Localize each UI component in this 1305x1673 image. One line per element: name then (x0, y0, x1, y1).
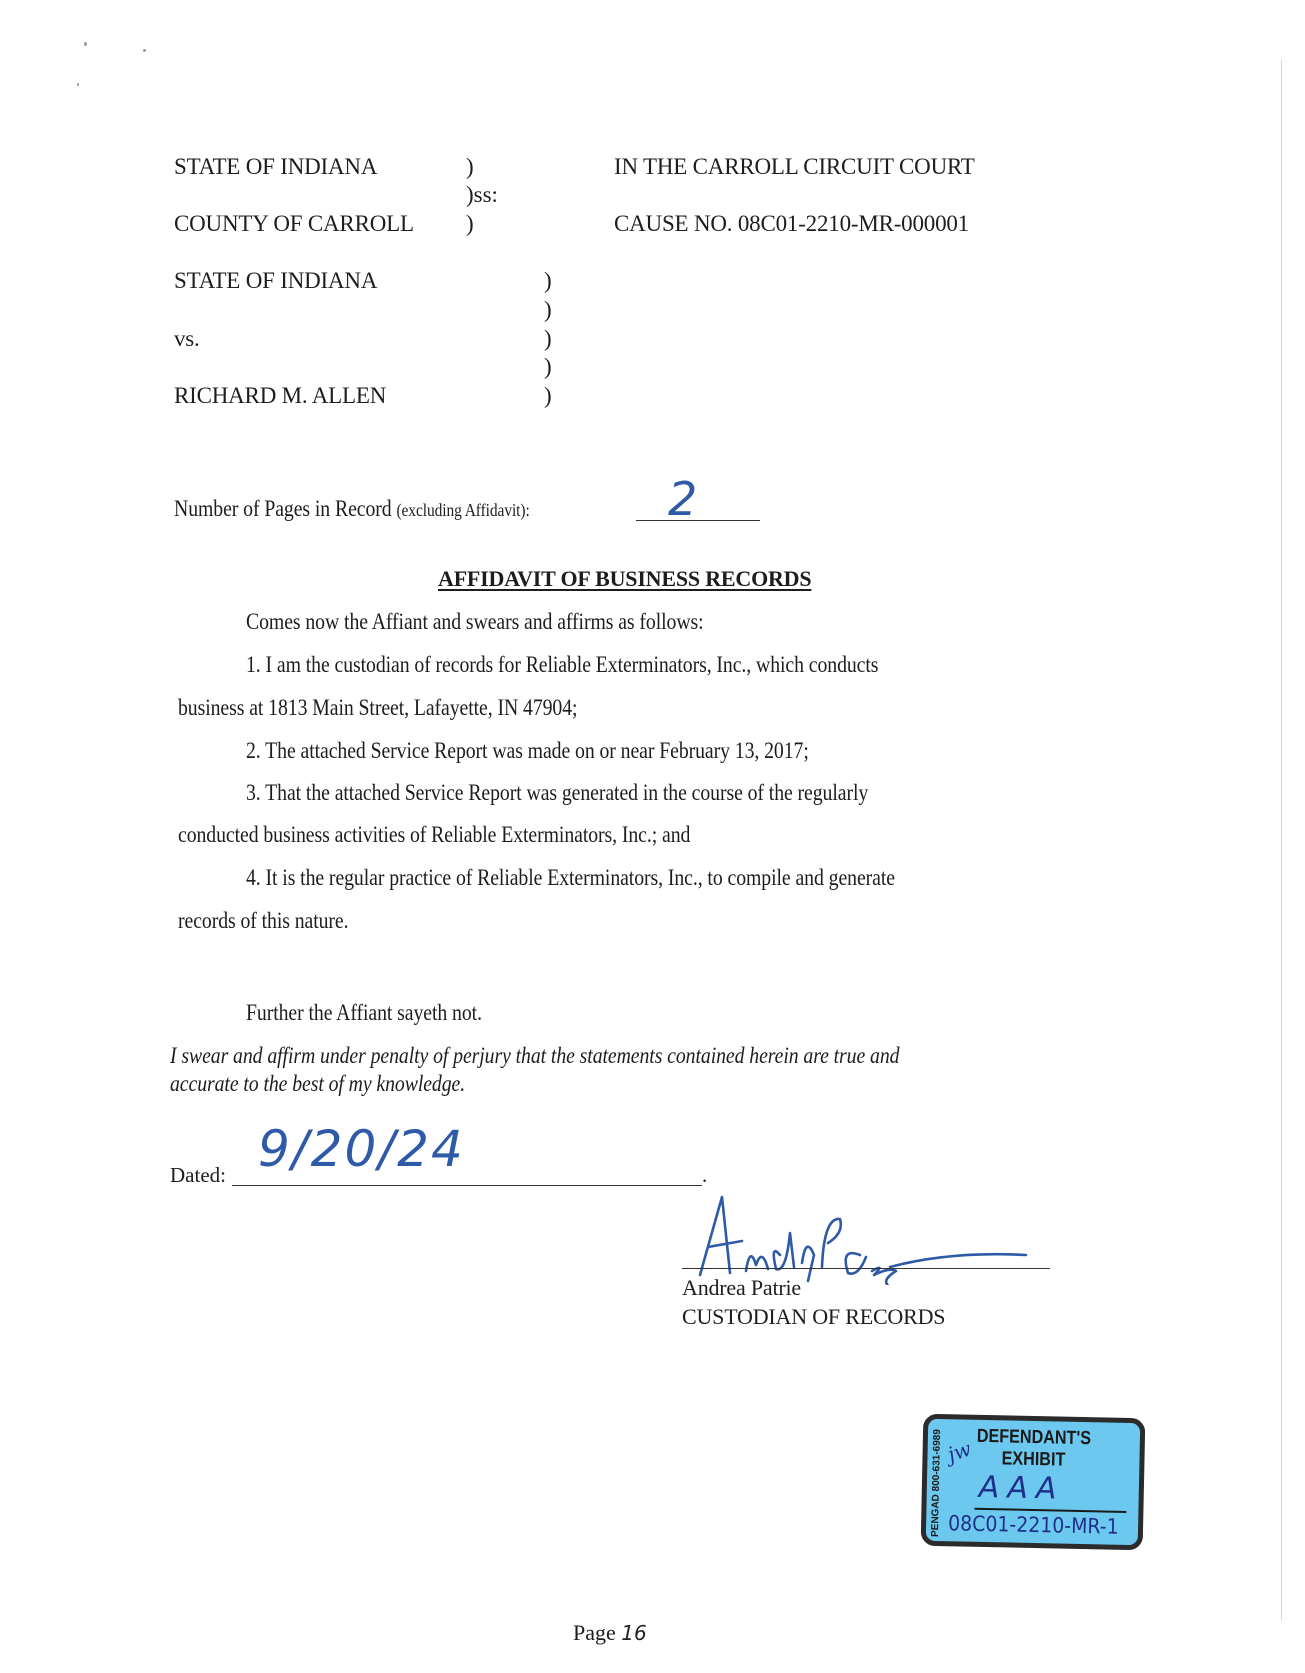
item-1-line-1: 1. I am the custodian of records for Rel… (246, 652, 878, 678)
affidavit-intro: Comes now the Affiant and swears and aff… (246, 609, 704, 635)
caption-paren: ) (466, 154, 474, 180)
defendant-name: RICHARD M. ALLEN (174, 383, 386, 409)
caption-paren: ) (544, 297, 552, 323)
item-3-line-2: conducted business activities of Reliabl… (178, 822, 690, 848)
affidavit-title: AFFIDAVIT OF BUSINESS RECORDS (438, 566, 811, 592)
caption-paren: ) (544, 326, 552, 352)
item-4-line-2: records of this nature. (178, 908, 348, 934)
page-label: Page (573, 1620, 616, 1645)
item-4-line-1: 4. It is the regular practice of Reliabl… (246, 865, 895, 891)
caption-paren: ) (466, 211, 474, 237)
oath-line-1: I swear and affirm under penalty of perj… (170, 1043, 899, 1069)
signer-name: Andrea Patrie (682, 1275, 801, 1301)
dated-blank (232, 1185, 702, 1186)
dated-label: Dated: (170, 1163, 226, 1188)
record-pages-label: Number of Pages in Record (174, 496, 392, 521)
page-number: 16 (621, 1621, 646, 1645)
record-pages-line: Number of Pages in Record (excluding Aff… (174, 496, 588, 522)
caption-state: STATE OF INDIANA (174, 154, 377, 180)
record-pages-label-small: (excluding Affidavit): (396, 500, 529, 520)
signature-scribble (690, 1185, 1040, 1285)
caption-paren: ) (544, 383, 552, 409)
stamp-case-number: 08C01-2210-MR-1 (948, 1511, 1119, 1539)
versus-label: vs. (174, 326, 200, 352)
stamp-exhibit-id: AAA (979, 1470, 1065, 1507)
record-pages-blank (636, 520, 760, 521)
item-1-line-2: business at 1813 Main Street, Lafayette,… (178, 695, 577, 721)
scan-speck (84, 42, 87, 46)
oath-line-2: accurate to the best of my knowledge. (170, 1071, 465, 1097)
cause-number: CAUSE NO. 08C01-2210-MR-000001 (614, 211, 969, 237)
stamp-heading-2: EXHIBIT (943, 1447, 1124, 1473)
item-2-line-1: 2. The attached Service Report was made … (246, 738, 809, 764)
signature-line (682, 1268, 1050, 1269)
caption-county: COUNTY OF CARROLL (174, 211, 414, 237)
signer-title: CUSTODIAN OF RECORDS (682, 1304, 945, 1330)
record-pages-value: 2 (668, 472, 697, 526)
page-footer: Page 16 (573, 1620, 647, 1646)
caption-paren: ) (544, 354, 552, 380)
caption-paren: ) (544, 268, 552, 294)
scan-speck (143, 49, 146, 52)
scan-edge-line (1281, 60, 1282, 1620)
stamp-vendor-text: PENGAD 800-631-6989 (930, 1429, 943, 1537)
exhibit-stamp: PENGAD 800-631-6989 jw DEFENDANT'S EXHIB… (921, 1414, 1146, 1551)
plaintiff-name: STATE OF INDIANA (174, 268, 377, 294)
caption-paren-ss: )ss: (466, 182, 498, 208)
scan-speck (77, 83, 79, 86)
affidavit-closing: Further the Affiant sayeth not. (246, 1000, 482, 1026)
item-3-line-1: 3. That the attached Service Report was … (246, 780, 868, 806)
dated-handwritten-value: 9/20/24 (258, 1120, 465, 1178)
court-name: IN THE CARROLL CIRCUIT COURT (614, 154, 975, 180)
